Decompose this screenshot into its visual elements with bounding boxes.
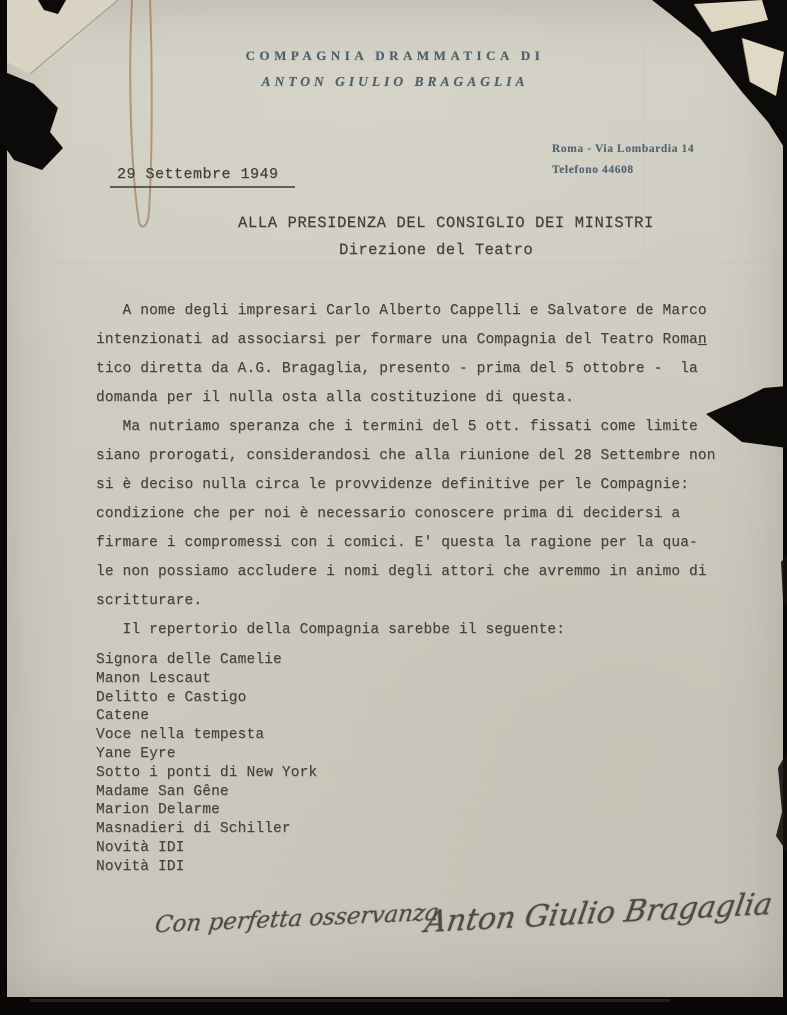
repertory-item: Novità IDI [96,858,736,877]
scan-edge-highlight [30,999,670,1002]
body-line: firmare i compromessi con i comici. E' q… [96,529,736,558]
recipient-line-1: ALLA PRESIDENZA DEL CONSIGLIO DEI MINIST… [238,214,654,232]
repertory-item: Yane Eyre [96,745,736,764]
body-line: scritturare. [96,587,736,616]
body-line: domanda per il nulla osta alla costituzi… [96,384,736,413]
body-line: si è deciso nulla circa le provvidenze d… [96,471,736,500]
body-line-text: intenzionati ad associarsi per formare u… [96,332,698,348]
letter-content: COMPAGNIA DRAMMATICA DI ANTON GIULIO BRA… [7,0,783,997]
body-line: tico diretta da A.G. Bragaglia, presento… [96,355,736,384]
repertory-item: Marion Delarme [96,801,736,820]
repertory-intro: Il repertorio della Compagnia sarebbe il… [96,616,736,645]
recipient-line-2: Direzione del Teatro [339,241,533,259]
scan-edge-bottom [0,997,787,1015]
repertory-list: Signora delle Camelie Manon Lescaut Deli… [96,651,736,877]
body-line: Ma nutriamo speranza che i termini del 5… [96,413,736,442]
letterhead-company: COMPAGNIA DRAMMATICA DI [7,48,783,64]
date-line: 29 Settembre 1949 [110,166,295,188]
letterhead-director: ANTON GIULIO BRAGAGLIA [7,74,783,90]
repertory-item: Signora delle Camelie [96,651,736,670]
repertory-item: Delitto e Castigo [96,689,736,708]
repertory-item: Madame San Gêne [96,783,736,802]
repertory-item: Catene [96,707,736,726]
body-line: condizione che per noi è necessario cono… [96,500,736,529]
repertory-item: Sotto i ponti di New York [96,764,736,783]
repertory-item: Manon Lescaut [96,670,736,689]
body-line: le non possiamo accludere i nomi degli a… [96,558,736,587]
scanned-letter-page: { "letterhead": { "company_line": "COMPA… [0,0,787,1015]
address-street: Roma - Via Lombardia 14 [552,139,694,160]
underscored-letter: n [698,332,707,348]
repertory-item: Voce nella tempesta [96,726,736,745]
body-line: siano prorogati, considerandosi che alla… [96,442,736,471]
body-line: A nome degli impresari Carlo Alberto Cap… [96,297,736,326]
letterhead-address: Roma - Via Lombardia 14 Telefono 44608 [552,139,694,181]
address-phone: Telefono 44608 [552,160,694,181]
author-signature: Anton Giulio Bragaglia [422,887,774,941]
letter-body: A nome degli impresari Carlo Alberto Cap… [96,297,736,877]
repertory-item: Novità IDI [96,839,736,858]
repertory-item: Masnadieri di Schiller [96,820,736,839]
body-line: intenzionati ad associarsi per formare u… [96,326,736,355]
scan-edge-left [0,0,7,1015]
closing-handwritten: Con perfetta osservanza [153,900,440,939]
